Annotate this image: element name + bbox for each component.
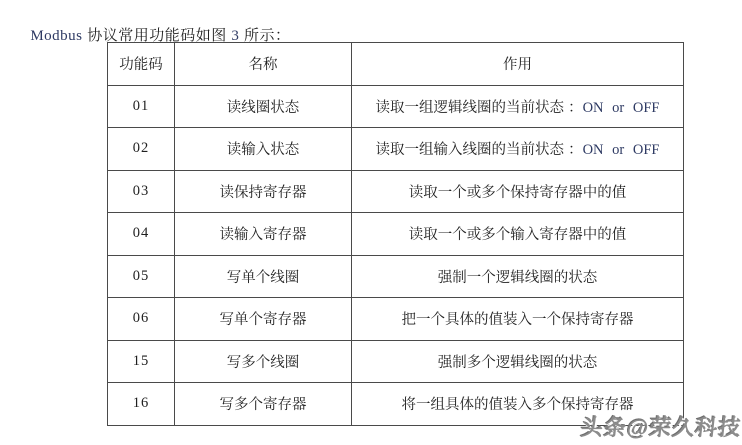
modbus-function-code-table: 功能码 名称 作用 01 读线圈状态 读取一组逻辑线圈的当前状态 ：ON or … (107, 42, 684, 426)
page-title: Modbus 协议常用功能码如图 3 所示： (21, 7, 291, 45)
cell-purpose: 把一个具体的值装入一个保持寄存器 (352, 298, 684, 341)
purpose-cjk-text: 读取一组输入线圈的当前状态 ： (376, 142, 583, 158)
cell-code: 15 (108, 340, 175, 383)
purpose-latin-text: ON or OFF (583, 142, 660, 158)
purpose-cjk-text: 把一个具体的值装入一个保持寄存器 (402, 312, 634, 328)
purpose-cjk-text: 读取一个或多个输入寄存器中的值 (409, 227, 627, 243)
cell-name: 读保持寄存器 (175, 170, 352, 213)
purpose-cjk-text: 强制一个逻辑线圈的状态 (438, 270, 598, 286)
cell-code: 06 (108, 298, 175, 341)
cell-purpose: 读取一个或多个输入寄存器中的值 (352, 213, 684, 256)
header-purpose: 作用 (352, 43, 684, 86)
table-row: 03 读保持寄存器 读取一个或多个保持寄存器中的值 (108, 170, 684, 213)
purpose-latin-text: ON or OFF (583, 100, 660, 116)
cell-name: 读输入寄存器 (175, 213, 352, 256)
cell-purpose: 读取一个或多个保持寄存器中的值 (352, 170, 684, 213)
cell-purpose: 强制一个逻辑线圈的状态 (352, 255, 684, 298)
cell-code: 02 (108, 128, 175, 171)
purpose-cjk-text: 读取一个或多个保持寄存器中的值 (409, 185, 627, 201)
cell-name: 读输入状态 (175, 128, 352, 171)
watermark-toutiao-rongjiu: 头条@荣久科技 (579, 411, 742, 442)
purpose-cjk-text: 读取一组逻辑线圈的当前状态 ： (376, 100, 583, 116)
cell-name: 写单个寄存器 (175, 298, 352, 341)
header-function-code: 功能码 (108, 43, 175, 86)
cell-code: 05 (108, 255, 175, 298)
cell-name: 写多个寄存器 (175, 383, 352, 426)
table-row: 06 写单个寄存器 把一个具体的值装入一个保持寄存器 (108, 298, 684, 341)
cell-purpose: 强制多个逻辑线圈的状态 (352, 340, 684, 383)
cell-name: 写单个线圈 (175, 255, 352, 298)
table-row: 02 读输入状态 读取一组输入线圈的当前状态 ：ON or OFF (108, 128, 684, 171)
cell-name: 读线圈状态 (175, 85, 352, 128)
cell-purpose: 读取一组输入线圈的当前状态 ：ON or OFF (352, 128, 684, 171)
cell-code: 03 (108, 170, 175, 213)
cell-name: 写多个线圈 (175, 340, 352, 383)
table-row: 15 写多个线圈 强制多个逻辑线圈的状态 (108, 340, 684, 383)
cell-code: 16 (108, 383, 175, 426)
cell-code: 04 (108, 213, 175, 256)
cell-purpose: 读取一组逻辑线圈的当前状态 ：ON or OFF (352, 85, 684, 128)
purpose-cjk-text: 强制多个逻辑线圈的状态 (438, 355, 598, 371)
header-name: 名称 (175, 43, 352, 86)
title-modbus-word: Modbus (30, 28, 82, 44)
table-header-row: 功能码 名称 作用 (108, 43, 684, 86)
table-row: 05 写单个线圈 强制一个逻辑线圈的状态 (108, 255, 684, 298)
table-row: 01 读线圈状态 读取一组逻辑线圈的当前状态 ：ON or OFF (108, 85, 684, 128)
table-row: 04 读输入寄存器 读取一个或多个输入寄存器中的值 (108, 213, 684, 256)
cell-code: 01 (108, 85, 175, 128)
